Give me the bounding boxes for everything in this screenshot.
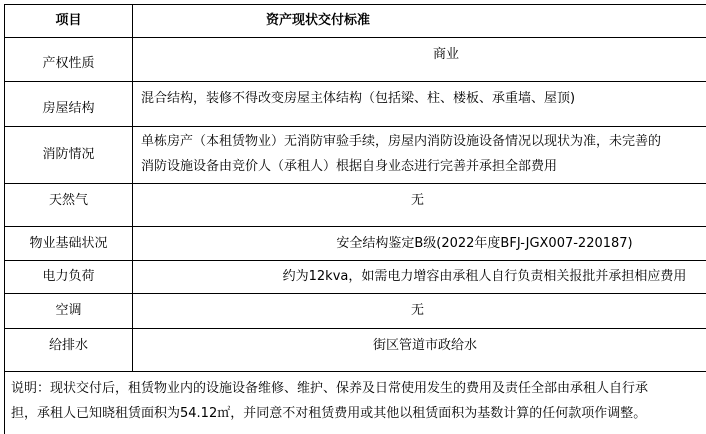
table-note-row: 说明：现状交付后，租赁物业内的设施设备维修、维护、保养及日常使用发生的费用及责任…	[5, 372, 706, 434]
row-standard-air-conditioning: 无	[133, 294, 706, 329]
table-row: 天然气 无	[5, 184, 706, 227]
table-row: 产权性质 商业	[5, 38, 706, 82]
table-note: 说明：现状交付后，租赁物业内的设施设备维修、维护、保养及日常使用发生的费用及责任…	[5, 372, 706, 434]
row-standard-building-structure: 混合结构，装修不得改变房屋主体结构（包括梁、柱、楼板、承重墙、屋顶)	[133, 82, 706, 127]
table-row: 给排水 街区管道市政给水	[5, 329, 706, 372]
row-standard-water-supply: 街区管道市政给水	[133, 329, 706, 372]
row-item-property-nature: 产权性质	[5, 38, 133, 82]
header-item: 项目	[5, 5, 133, 38]
row-item-building-structure: 房屋结构	[5, 82, 133, 127]
row-item-fire-safety: 消防情况	[5, 127, 133, 184]
fire-safety-line-1: 单栋房产（本租赁物业）无消防审验手续，房屋内消防设施设备情况以现状为准，未完善的	[141, 129, 706, 154]
note-line-2: 担，承租人已知晓租赁面积为54.12㎡，并同意不对租赁费用或其他以租赁面积为基数…	[11, 401, 706, 426]
row-item-power-load: 电力负荷	[5, 261, 133, 294]
row-standard-property-condition: 安全结构鉴定B级(2022年度BFJ-JGX007-220187)	[133, 227, 706, 261]
row-item-property-condition: 物业基础状况	[5, 227, 133, 261]
row-item-natural-gas: 天然气	[5, 184, 133, 227]
header-standard: 资产现状交付标准	[133, 5, 706, 38]
table-row: 电力负荷 约为12kva，如需电力增容由承租人自行负责相关报批并承担相应费用	[5, 261, 706, 294]
table-header-row: 项目 资产现状交付标准	[5, 5, 706, 38]
table-row: 房屋结构 混合结构，装修不得改变房屋主体结构（包括梁、柱、楼板、承重墙、屋顶)	[5, 82, 706, 127]
row-standard-property-nature: 商业	[133, 38, 706, 82]
fire-safety-line-2: 消防设施设备由竞价人（承租人）根据自身业态进行完善并承担全部费用	[141, 154, 706, 179]
row-standard-fire-safety: 单栋房产（本租赁物业）无消防审验手续，房屋内消防设施设备情况以现状为准，未完善的…	[133, 127, 706, 184]
table-row: 消防情况 单栋房产（本租赁物业）无消防审验手续，房屋内消防设施设备情况以现状为准…	[5, 127, 706, 184]
table-row: 空调 无	[5, 294, 706, 329]
row-standard-natural-gas: 无	[133, 184, 706, 227]
row-standard-power-load: 约为12kva，如需电力增容由承租人自行负责相关报批并承担相应费用	[133, 261, 706, 294]
note-line-1: 说明：现状交付后，租赁物业内的设施设备维修、维护、保养及日常使用发生的费用及责任…	[11, 376, 706, 401]
table-row: 物业基础状况 安全结构鉴定B级(2022年度BFJ-JGX007-220187)	[5, 227, 706, 261]
row-item-water-supply: 给排水	[5, 329, 133, 372]
delivery-standard-table: 项目 资产现状交付标准 产权性质 商业 房屋结构 混合结构，装修不得改变房屋主体…	[4, 4, 706, 434]
row-item-air-conditioning: 空调	[5, 294, 133, 329]
